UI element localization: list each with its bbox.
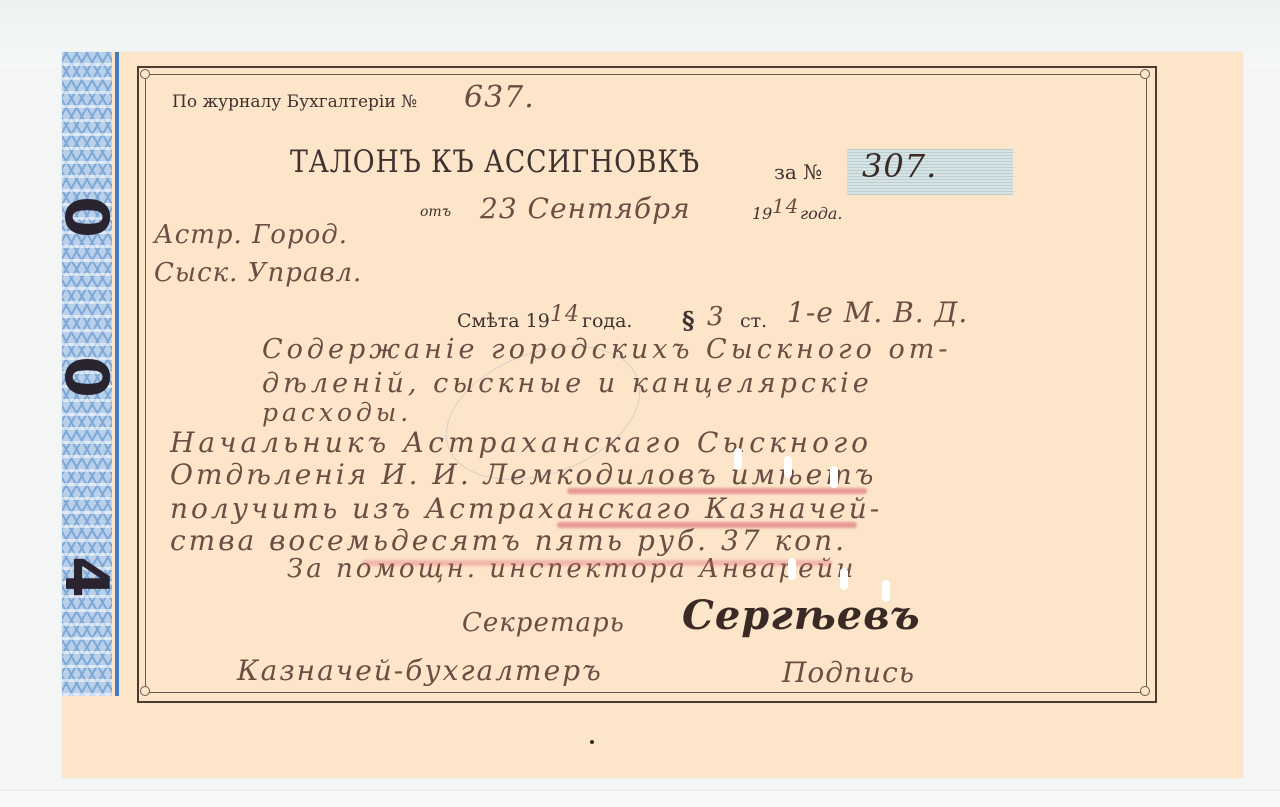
body-line-6: получить изъ Астраханскаго Казначей-: [170, 492, 882, 525]
assignment-number: 307.: [862, 147, 937, 185]
date-year-prefix: 19: [752, 204, 772, 223]
accountant-label: Казначей-бухгалтеръ: [237, 654, 603, 687]
red-pencil-mark: [362, 560, 832, 566]
date-ot-label: отъ: [420, 204, 451, 220]
smeta-year-hand: 14: [550, 302, 580, 327]
secretary-label: Секретарь: [462, 608, 625, 638]
body-line-2: дѣленій, сыскные и канцелярскіе: [262, 368, 873, 399]
date-goda-label: года.: [800, 204, 842, 223]
corner-ornament-icon: [140, 686, 150, 696]
st-value: 1-е М. В. Д.: [787, 296, 968, 329]
punch-hole: [734, 448, 742, 470]
punch-hole: [784, 456, 792, 478]
secretary-signature: Сергѣевъ: [682, 592, 921, 639]
red-pencil-mark: [557, 522, 857, 528]
corner-ornament-icon: [1140, 69, 1150, 79]
strip-serial-digits: 0 0 4: [64, 192, 108, 672]
smeta-goda-label: года.: [582, 310, 632, 332]
body-line-3: расходы.: [262, 398, 412, 427]
journal-number: 637.: [464, 80, 535, 115]
corner-ornament-icon: [1140, 686, 1150, 696]
body-line-4: Начальникъ Астраханскаго Сыскного: [170, 426, 872, 459]
voucher-paper: 0 0 4 По журналу Бухгалтеріи № 637. ТАЛО…: [62, 52, 1243, 778]
red-pencil-mark: [567, 488, 867, 494]
ink-dot: [590, 740, 594, 744]
strip-digit: 0: [51, 355, 121, 399]
body-line-5: Отдѣленія И. И. Лемкодиловъ имѣетъ: [170, 458, 876, 491]
strip-digit: 0: [51, 195, 121, 239]
za-number-label: за №: [774, 160, 822, 184]
corner-ornament-icon: [140, 69, 150, 79]
body-line-7: ства восемьдесятъ пять руб. 37 коп.: [170, 524, 847, 557]
date-day-month: 23 Сентября: [480, 192, 691, 225]
accountant-signature: Подпись: [782, 656, 915, 689]
paragraph-value: 3: [707, 302, 725, 332]
smeta-label: Смѣта 19: [457, 310, 550, 332]
punch-hole: [788, 558, 796, 580]
form-title: ТАЛОНЪ КЪ АССИГНОВКѢ: [290, 144, 700, 180]
department-line-2: Сыск. Управл.: [154, 258, 362, 288]
scanner-background-bottom: [0, 790, 1280, 807]
st-label: ст.: [740, 310, 767, 332]
punch-hole: [830, 466, 838, 488]
punch-hole: [840, 568, 848, 590]
department-line-1: Астр. Город.: [154, 220, 348, 250]
strip-digit: 4: [51, 555, 121, 599]
body-line-8: За помощн. инспектора Анварейн: [287, 554, 856, 584]
journal-label: По журналу Бухгалтеріи №: [172, 92, 417, 112]
paragraph-sign: §: [682, 306, 695, 335]
body-line-1: Содержаніе городскихъ Сыскного от-: [262, 334, 951, 365]
date-year-hand: 14: [772, 194, 799, 218]
